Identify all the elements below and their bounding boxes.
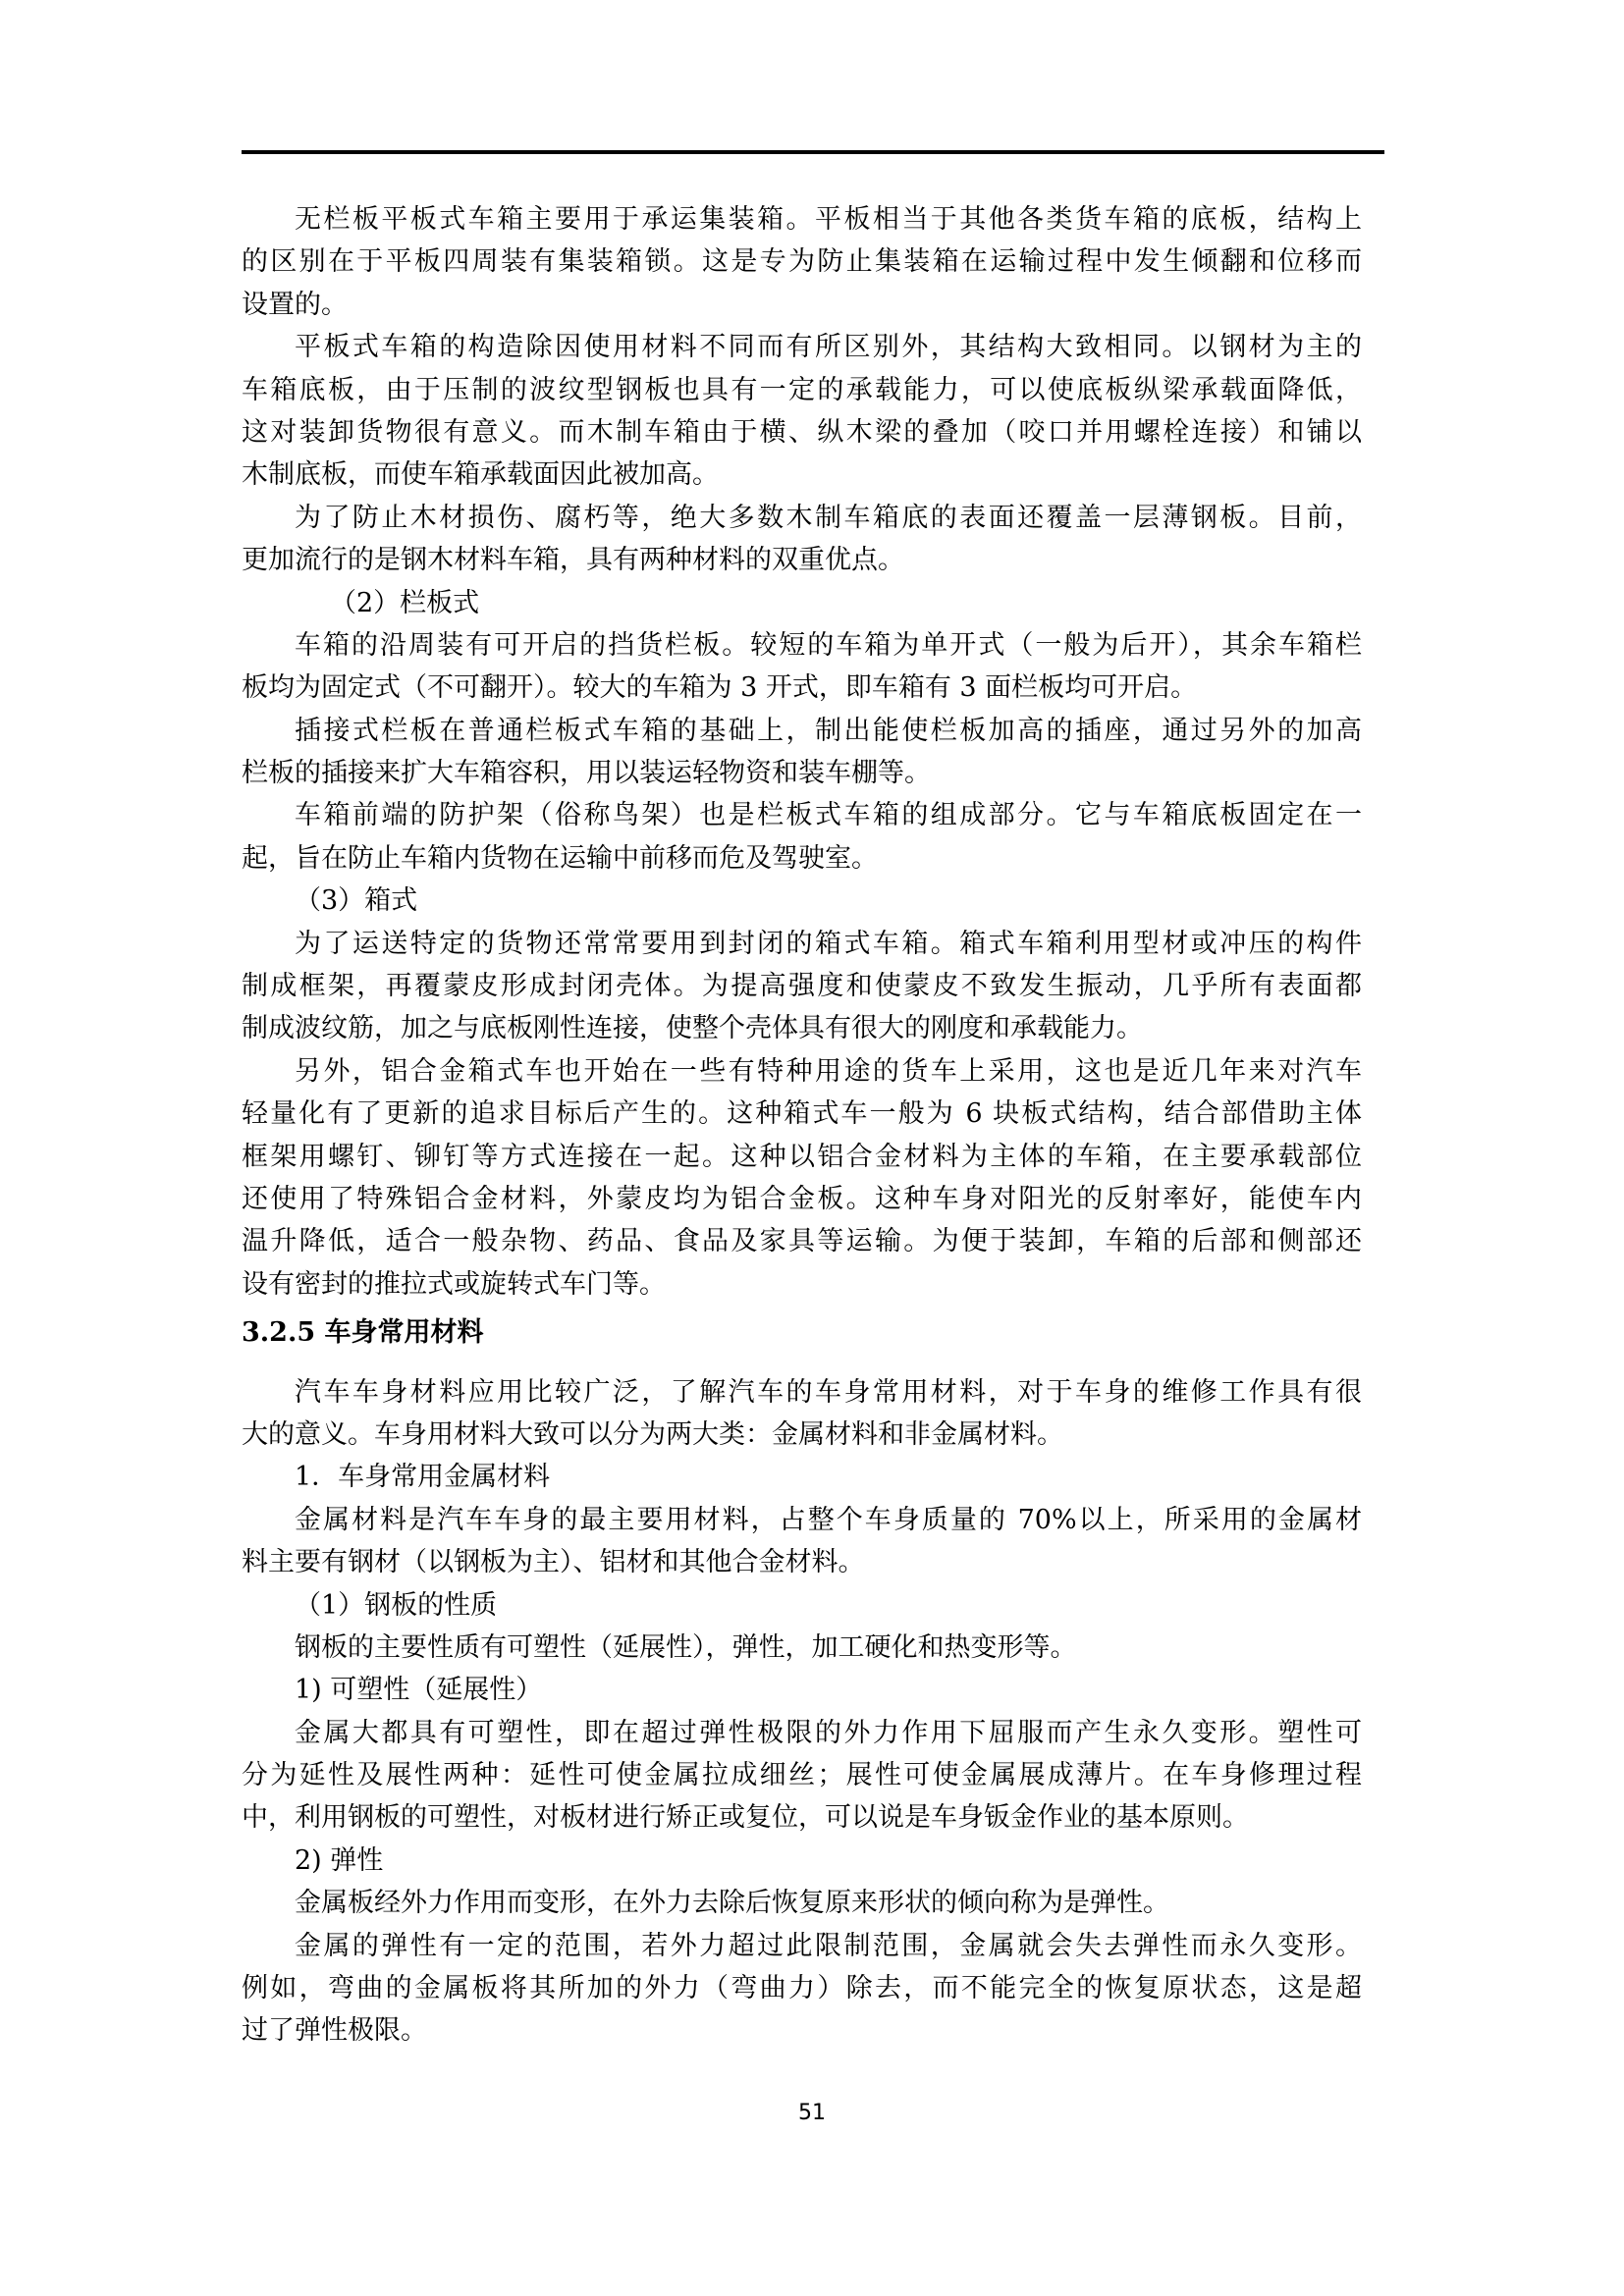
paragraph-line: 过了弹性极限。 [242, 2009, 1362, 2052]
subheading-panel-type: （2）栏板式 [242, 582, 1362, 624]
paragraph-line: 车箱底板，由于压制的波纹型钢板也具有一定的承载能力，可以使底板纵梁承载面降低， [242, 369, 1362, 411]
paragraph-line: 插接式栏板在普通栏板式车箱的基础上，制出能使栏板加高的插座，通过另外的加高 [242, 710, 1362, 752]
paragraph: 金属大都具有可塑性，即在超过弹性极限的外力作用下屈服而产生永久变形。塑性可 分为… [242, 1712, 1362, 1840]
paragraph-line: 温升降低，适合一般杂物、药品、食品及家具等运输。为便于装卸，车箱的后部和侧部还 [242, 1220, 1362, 1262]
paragraph-line: 大的意义。车身用材料大致可以分为两大类：金属材料和非金属材料。 [242, 1414, 1362, 1456]
paragraph-line: 制成波纹筋，加之与底板刚性连接，使整个壳体具有很大的刚度和承载能力。 [242, 1007, 1362, 1049]
paragraph: 汽车车身材料应用比较广泛，了解汽车的车身常用材料，对于车身的维修工作具有很 大的… [242, 1371, 1362, 1457]
paragraph: 另外，铝合金箱式车也开始在一些有特种用途的货车上采用，这也是近几年来对汽车 轻量… [242, 1050, 1362, 1306]
paragraph-line: 金属大都具有可塑性，即在超过弹性极限的外力作用下屈服而产生永久变形。塑性可 [242, 1712, 1362, 1754]
paragraph-line: 无栏板平板式车箱主要用于承运集装箱。平板相当于其他各类货车箱的底板，结构上 [242, 198, 1362, 240]
paragraph-line: 汽车车身材料应用比较广泛，了解汽车的车身常用材料，对于车身的维修工作具有很 [242, 1371, 1362, 1414]
paragraph-line: 木制底板，而使车箱承载面因此被加高。 [242, 454, 1362, 496]
header-rule [242, 150, 1384, 154]
section-heading: 3.2.5 车身常用材料 [242, 1311, 1362, 1354]
paragraph-line: 平板式车箱的构造除因使用材料不同而有所区别外，其结构大致相同。以钢材为主的 [242, 326, 1362, 368]
paragraph-line: 设有密封的推拉式或旋转式车门等。 [242, 1263, 1362, 1306]
paragraph-line: 另外，铝合金箱式车也开始在一些有特种用途的货车上采用，这也是近几年来对汽车 [242, 1050, 1362, 1093]
paragraph: 车箱前端的防护架（俗称鸟架）也是栏板式车箱的组成部分。它与车箱底板固定在一 起，… [242, 794, 1362, 880]
paragraph: 插接式栏板在普通栏板式车箱的基础上，制出能使栏板加高的插座，通过另外的加高 栏板… [242, 710, 1362, 795]
subheading-plasticity: 1) 可塑性（延展性） [242, 1669, 1362, 1711]
paragraph-line: 这对装卸货物很有意义。而木制车箱由于横、纵木梁的叠加（咬口并用螺栓连接）和铺以 [242, 411, 1362, 454]
paragraph: 金属板经外力作用而变形，在外力去除后恢复原来形状的倾向称为是弹性。 [242, 1882, 1362, 1924]
paragraph-line: 设置的。 [242, 284, 1362, 326]
subheading-box-type: （3）箱式 [242, 880, 1362, 922]
paragraph: 金属的弹性有一定的范围，若外力超过此限制范围，金属就会失去弹性而永久变形。 例如… [242, 1925, 1362, 2053]
paragraph-line: 料主要有钢材（以钢板为主）、铝材和其他合金材料。 [242, 1541, 1362, 1583]
paragraph: 金属材料是汽车车身的最主要用材料，占整个车身质量的 70%以上，所采用的金属材 … [242, 1499, 1362, 1584]
paragraph-line: 制成框架，再覆蒙皮形成封闭壳体。为提高强度和使蒙皮不致发生振动，几乎所有表面都 [242, 965, 1362, 1007]
page-number: 51 [0, 2101, 1624, 2125]
paragraph-line: 框架用螺钉、铆钉等方式连接在一起。这种以铝合金材料为主体的车箱，在主要承载部位 [242, 1136, 1362, 1178]
paragraph: 为了防止木材损伤、腐朽等，绝大多数木制车箱底的表面还覆盖一层薄钢板。目前， 更加… [242, 497, 1362, 582]
paragraph-line: 金属板经外力作用而变形，在外力去除后恢复原来形状的倾向称为是弹性。 [242, 1882, 1362, 1924]
subheading-steel-properties: （1）钢板的性质 [242, 1584, 1362, 1627]
paragraph-line: 的区别在于平板四周装有集装箱锁。这是专为防止集装箱在运输过程中发生倾翻和位移而 [242, 240, 1362, 283]
paragraph-line: 钢板的主要性质有可塑性（延展性），弹性，加工硬化和热变形等。 [242, 1627, 1362, 1669]
subheading-metal-materials: 1．车身常用金属材料 [242, 1456, 1362, 1498]
paragraph-line: 还使用了特殊铝合金材料，外蒙皮均为铝合金板。这种车身对阳光的反射率好，能使车内 [242, 1178, 1362, 1220]
paragraph-line: 为了防止木材损伤、腐朽等，绝大多数木制车箱底的表面还覆盖一层薄钢板。目前， [242, 497, 1362, 539]
paragraph-line: 为了运送特定的货物还常常要用到封闭的箱式车箱。箱式车箱利用型材或冲压的构件 [242, 923, 1362, 965]
page-body: 无栏板平板式车箱主要用于承运集装箱。平板相当于其他各类货车箱的底板，结构上 的区… [242, 198, 1362, 2053]
paragraph-line: 轻量化有了更新的追求目标后产生的。这种箱式车一般为 6 块板式结构，结合部借助主… [242, 1093, 1362, 1135]
paragraph: 为了运送特定的货物还常常要用到封闭的箱式车箱。箱式车箱利用型材或冲压的构件 制成… [242, 923, 1362, 1050]
paragraph: 钢板的主要性质有可塑性（延展性），弹性，加工硬化和热变形等。 [242, 1627, 1362, 1669]
paragraph-line: 栏板的插接来扩大车箱容积，用以装运轻物资和装车棚等。 [242, 752, 1362, 794]
paragraph-line: 板均为固定式（不可翻开）。较大的车箱为 3 开式，即车箱有 3 面栏板均可开启。 [242, 667, 1362, 709]
paragraph-line: 起，旨在防止车箱内货物在运输中前移而危及驾驶室。 [242, 837, 1362, 880]
paragraph-line: 车箱的沿周装有可开启的挡货栏板。较短的车箱为单开式（一般为后开），其余车箱栏 [242, 624, 1362, 667]
paragraph-line: 分为延性及展性两种：延性可使金属拉成细丝；展性可使金属展成薄片。在车身修理过程 [242, 1754, 1362, 1796]
subheading-elasticity: 2) 弹性 [242, 1840, 1362, 1882]
paragraph-line: 金属材料是汽车车身的最主要用材料，占整个车身质量的 70%以上，所采用的金属材 [242, 1499, 1362, 1541]
paragraph: 平板式车箱的构造除因使用材料不同而有所区别外，其结构大致相同。以钢材为主的 车箱… [242, 326, 1362, 497]
paragraph-line: 中，利用钢板的可塑性，对板材进行矫正或复位，可以说是车身钣金作业的基本原则。 [242, 1796, 1362, 1839]
paragraph-line: 车箱前端的防护架（俗称鸟架）也是栏板式车箱的组成部分。它与车箱底板固定在一 [242, 794, 1362, 836]
paragraph-line: 更加流行的是钢木材料车箱，具有两种材料的双重优点。 [242, 539, 1362, 581]
paragraph-line: 例如，弯曲的金属板将其所加的外力（弯曲力）除去，而不能完全的恢复原状态，这是超 [242, 1967, 1362, 2009]
paragraph: 无栏板平板式车箱主要用于承运集装箱。平板相当于其他各类货车箱的底板，结构上 的区… [242, 198, 1362, 326]
paragraph-line: 金属的弹性有一定的范围，若外力超过此限制范围，金属就会失去弹性而永久变形。 [242, 1925, 1362, 1967]
paragraph: 车箱的沿周装有可开启的挡货栏板。较短的车箱为单开式（一般为后开），其余车箱栏 板… [242, 624, 1362, 710]
